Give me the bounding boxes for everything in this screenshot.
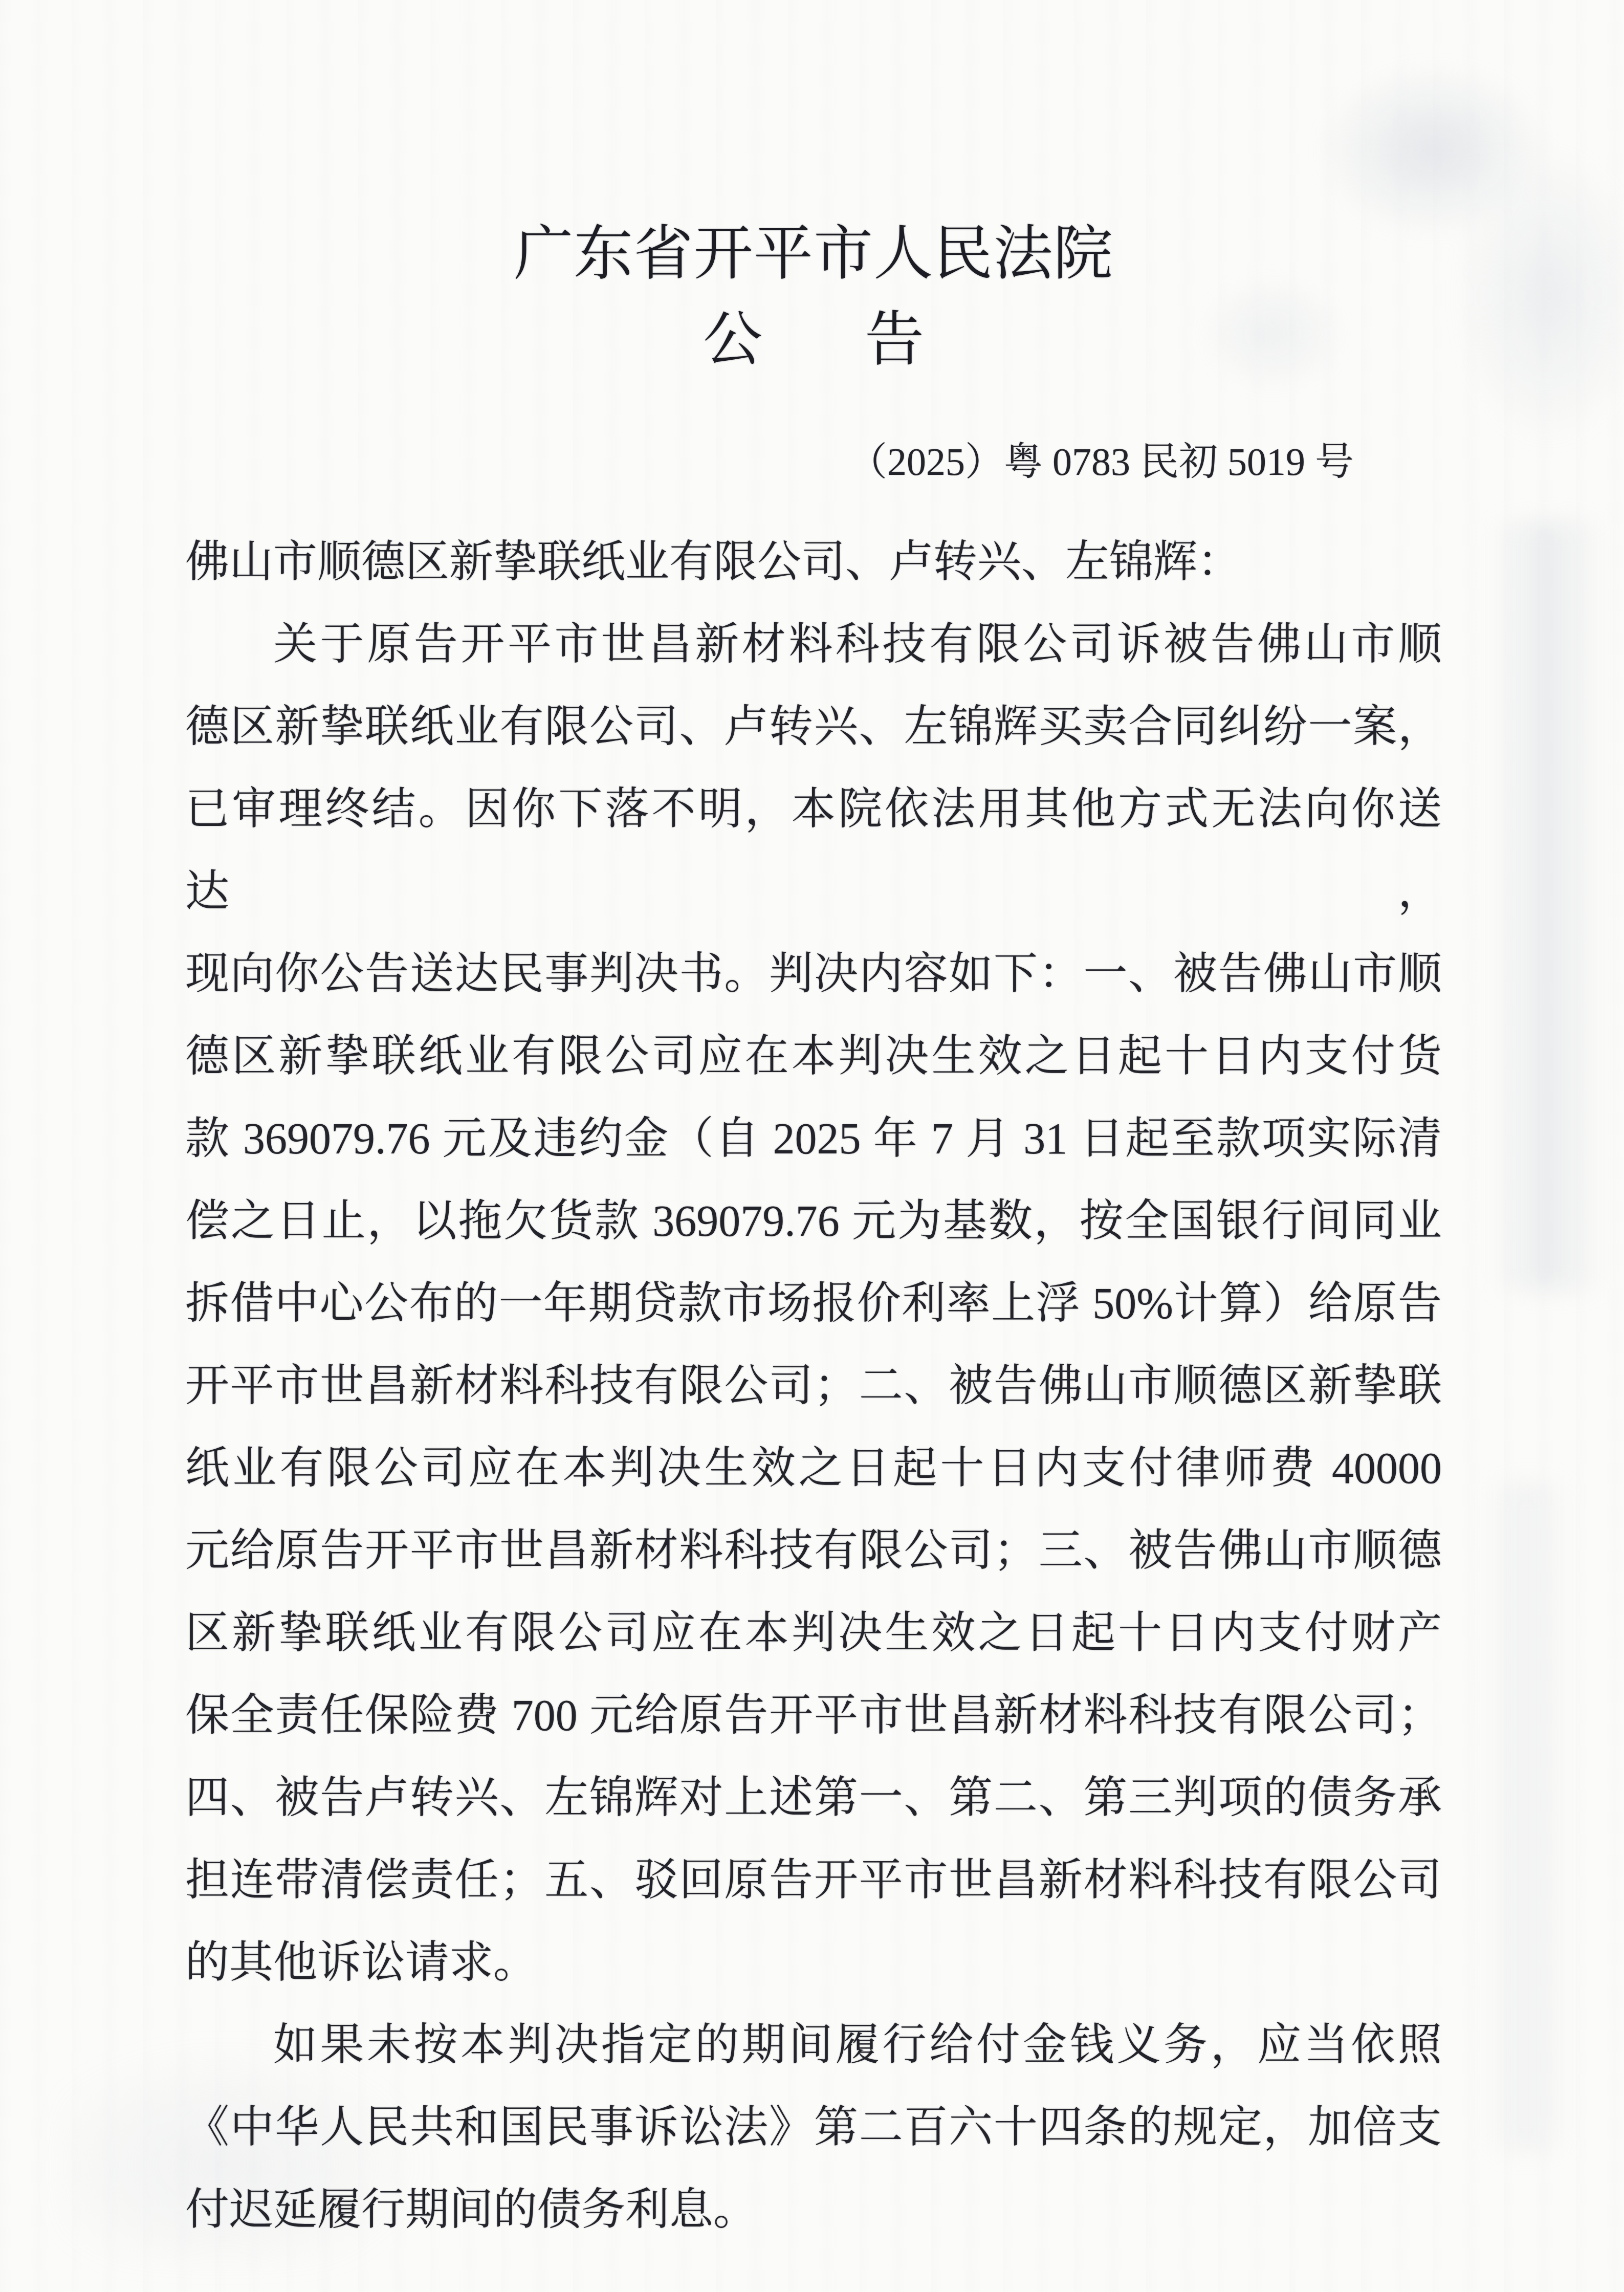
announcement-body: 佛山市顺德区新挚联纸业有限公司、卢转兴、左锦辉：关于原告开平市世昌新材料科技有限… <box>185 521 1442 2251</box>
doc-type-heading: 公 告 <box>185 305 1442 376</box>
body-line: 拆借中心公布的一年期贷款市场报价利率上浮 50%计算）给原告 <box>185 1262 1442 1345</box>
body-line: 保全责任保险费 700 元给原告开平市世昌新材料科技有限公司； <box>185 1674 1442 1757</box>
body-line: 款 369079.76 元及违约金（自 2025 年 7 月 31 日起至款项实… <box>185 1098 1442 1180</box>
body-line: 担连带清偿责任；五、驳回原告开平市世昌新材料科技有限公司 <box>185 1839 1442 1922</box>
scan-streak-right-lower <box>1486 1484 1568 2149</box>
doc-type-char-gong: 公 <box>703 305 762 376</box>
body-line: 已审理终结。因你下落不明，本院依法用其他方式无法向你送达， <box>185 768 1442 933</box>
case-number: （2025）粤 0783 民初 5019 号 <box>185 438 1442 487</box>
body-line: 现向你公告送达民事判决书。判决内容如下：一、被告佛山市顺 <box>185 933 1442 1015</box>
body-line: 纸业有限公司应在本判决生效之日起十日内支付律师费 40000 <box>185 1427 1442 1510</box>
body-line: 的其他诉讼请求。 <box>185 1922 1442 2004</box>
body-line: 付迟延履行期间的债务利息。 <box>185 2169 1442 2251</box>
doc-type-char-gao: 告 <box>865 305 924 376</box>
scan-streak-right-upper <box>1491 522 1604 1290</box>
body-line: 元给原告开平市世昌新材料科技有限公司；三、被告佛山市顺德 <box>185 1510 1442 1592</box>
body-line: 如果未按本判决指定的期间履行给付金钱义务，应当依照 <box>185 2004 1442 2086</box>
body-line: 四、被告卢转兴、左锦辉对上述第一、第二、第三判项的债务承 <box>185 1757 1442 1839</box>
body-line: 区新挚联纸业有限公司应在本判决生效之日起十日内支付财产 <box>185 1592 1442 1674</box>
scanned-court-announcement-page: 广东省开平市人民法院 公 告 （2025）粤 0783 民初 5019 号 佛山… <box>0 0 1624 2292</box>
body-line: 偿之日止，以拖欠货款 369079.76 元为基数，按全国银行间同业 <box>185 1180 1442 1262</box>
body-line: 德区新挚联纸业有限公司、卢转兴、左锦辉买卖合同纠纷一案， <box>185 686 1442 768</box>
body-line: 德区新挚联纸业有限公司应在本判决生效之日起十日内支付货 <box>185 1015 1442 1098</box>
court-name-title: 广东省开平市人民法院 <box>185 219 1442 290</box>
body-line: 关于原告开平市世昌新材料科技有限公司诉被告佛山市顺 <box>185 603 1442 686</box>
body-line: 佛山市顺德区新挚联纸业有限公司、卢转兴、左锦辉： <box>185 521 1442 603</box>
body-line: 开平市世昌新材料科技有限公司；二、被告佛山市顺德区新挚联 <box>185 1345 1442 1427</box>
body-line: 《中华人民共和国民事诉讼法》第二百六十四条的规定，加倍支 <box>185 2086 1442 2169</box>
